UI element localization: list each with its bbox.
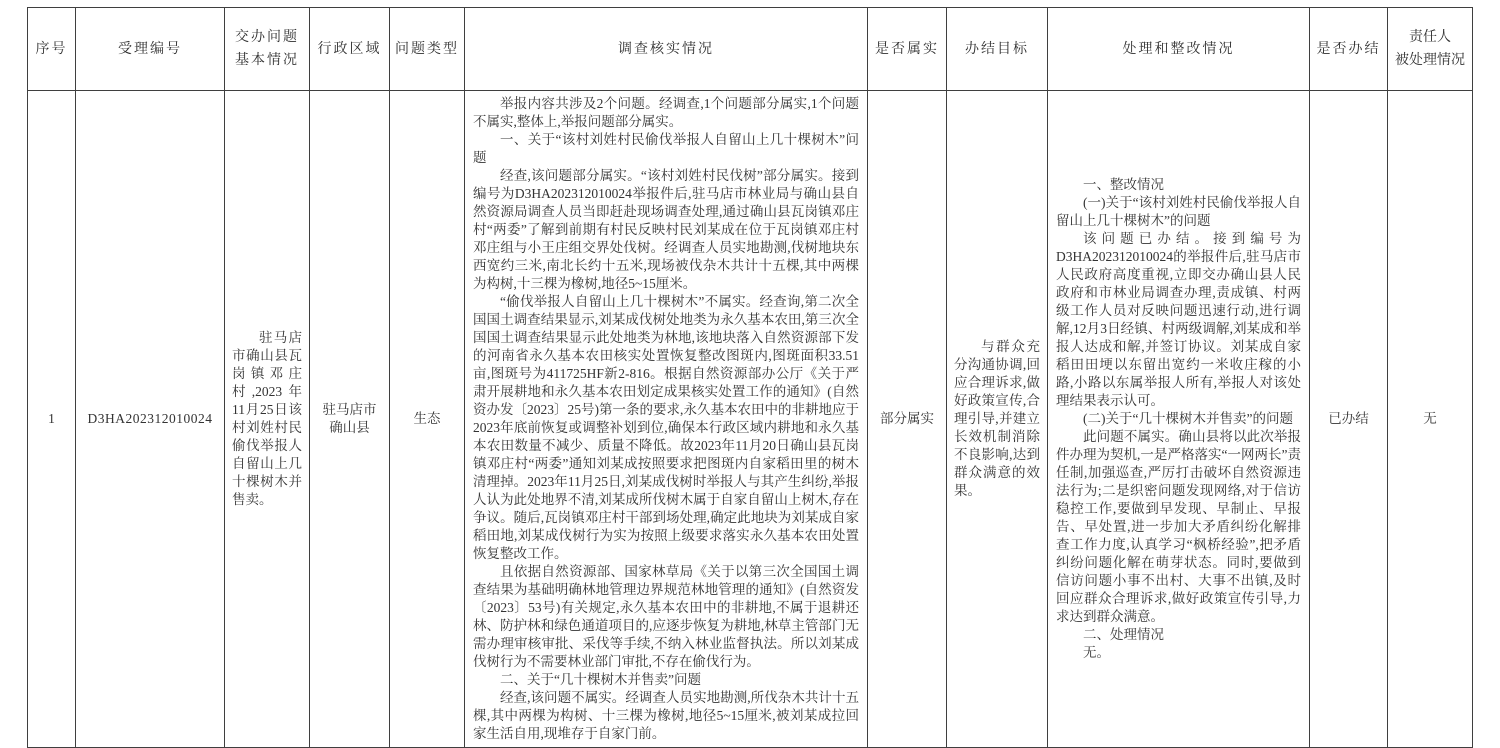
cell-responsible-person: 无 [1388, 91, 1473, 715]
report-sheet: 序号 受理编号 交办问题 基本情况 行政区域 问题类型 调查核实情况 是否属实 … [27, 7, 1473, 714]
cell-handling: 一、整改情况(一)关于“该村刘姓村民偷伐举报人自留山上几十棵树木”的问题该问题已… [1048, 91, 1310, 715]
paragraph: 且依据自然资源部、国家林草局《关于以第三次全国国土调查结果为基础明确林地管理边界… [473, 563, 859, 671]
column-header-handling: 处理和整改情况 [1048, 8, 1310, 91]
paragraph: (一)关于“该村刘姓村民偷伐举报人自留山上几十棵树木”的问题 [1056, 194, 1301, 230]
paragraph: 一、关于“该村刘姓村民偷伐举报人自留山上几十棵树木”问题 [473, 131, 859, 167]
column-header-completion-goal: 办结目标 [947, 8, 1048, 91]
paragraph: 经查,该问题不属实。经调查人员实地勘测,所伐杂木共计十五棵,其中两棵为构树、十三… [473, 689, 859, 714]
header-row: 序号 受理编号 交办问题 基本情况 行政区域 问题类型 调查核实情况 是否属实 … [28, 8, 1473, 91]
paragraph: 经查,该问题部分属实。“该村刘姓村民伐树”部分属实。接到编号为D3HA20231… [473, 167, 859, 293]
paragraph: 无。 [1056, 644, 1301, 662]
case-table: 序号 受理编号 交办问题 基本情况 行政区域 问题类型 调查核实情况 是否属实 … [27, 7, 1473, 714]
column-header-problem-summary: 交办问题 基本情况 [225, 8, 310, 91]
table-header: 序号 受理编号 交办问题 基本情况 行政区域 问题类型 调查核实情况 是否属实 … [28, 8, 1473, 91]
cell-region: 驻马店市确山县 [310, 91, 390, 715]
column-header-problem-type: 问题类型 [390, 8, 465, 91]
paragraph: (二)关于“几十棵树木并售卖”的问题 [1056, 410, 1301, 428]
problem-summary-text: 驻马店市确山县瓦岗镇邓庄村,2023年11月25日该村刘姓村民偷伐举报人自留山上… [232, 329, 302, 509]
report-table-page: { "table": { "headers": [ "序号", "受理编号", … [0, 0, 1500, 714]
table-body: 1 D3HA202312010024 驻马店市确山县瓦岗镇邓庄村,2023年11… [28, 91, 1473, 715]
cell-index: 1 [28, 91, 76, 715]
paragraph: “偷伐举报人自留山上几十棵树木”不属实。经查询,第二次全国国土调查结果显示,刘某… [473, 293, 859, 563]
paragraph: 举报内容共涉及2个问题。经调查,1个问题部分属实,1个问题不属实,整体上,举报问… [473, 95, 859, 131]
cell-is-completed: 已办结 [1310, 91, 1388, 715]
completion-goal-text: 与群众充分沟通协调,回应合理诉求,做好政策宣传,合理引导,并建立长效机制消除不良… [954, 338, 1040, 500]
table-row: 1 D3HA202312010024 驻马店市确山县瓦岗镇邓庄村,2023年11… [28, 91, 1473, 715]
column-header-investigation: 调查核实情况 [465, 8, 868, 91]
paragraph: 二、关于“几十棵树木并售卖”问题 [473, 671, 859, 689]
cell-is-true: 部分属实 [868, 91, 947, 715]
column-header-region: 行政区域 [310, 8, 390, 91]
cell-completion-goal: 与群众充分沟通协调,回应合理诉求,做好政策宣传,合理引导,并建立长效机制消除不良… [947, 91, 1048, 715]
paragraph: 此问题不属实。确山县将以此次举报件办理为契机,一是严格落实“一网两长”责任制,加… [1056, 428, 1301, 626]
column-header-is-completed: 是否办结 [1310, 8, 1388, 91]
paragraph: 一、整改情况 [1056, 176, 1301, 194]
column-header-index: 序号 [28, 8, 76, 91]
paragraph: 二、处理情况 [1056, 626, 1301, 644]
column-header-responsible-person: 责任人 被处理情况 [1388, 8, 1473, 91]
cell-problem-summary: 驻马店市确山县瓦岗镇邓庄村,2023年11月25日该村刘姓村民偷伐举报人自留山上… [225, 91, 310, 715]
cell-problem-type: 生态 [390, 91, 465, 715]
cell-case-number: D3HA202312010024 [76, 91, 225, 715]
column-header-case-number: 受理编号 [76, 8, 225, 91]
paragraph: 该问题已办结。接到编号为D3HA202312010024的举报件后,驻马店市人民… [1056, 230, 1301, 410]
cell-investigation: 举报内容共涉及2个问题。经调查,1个问题部分属实,1个问题不属实,整体上,举报问… [465, 91, 868, 715]
column-header-is-true: 是否属实 [868, 8, 947, 91]
